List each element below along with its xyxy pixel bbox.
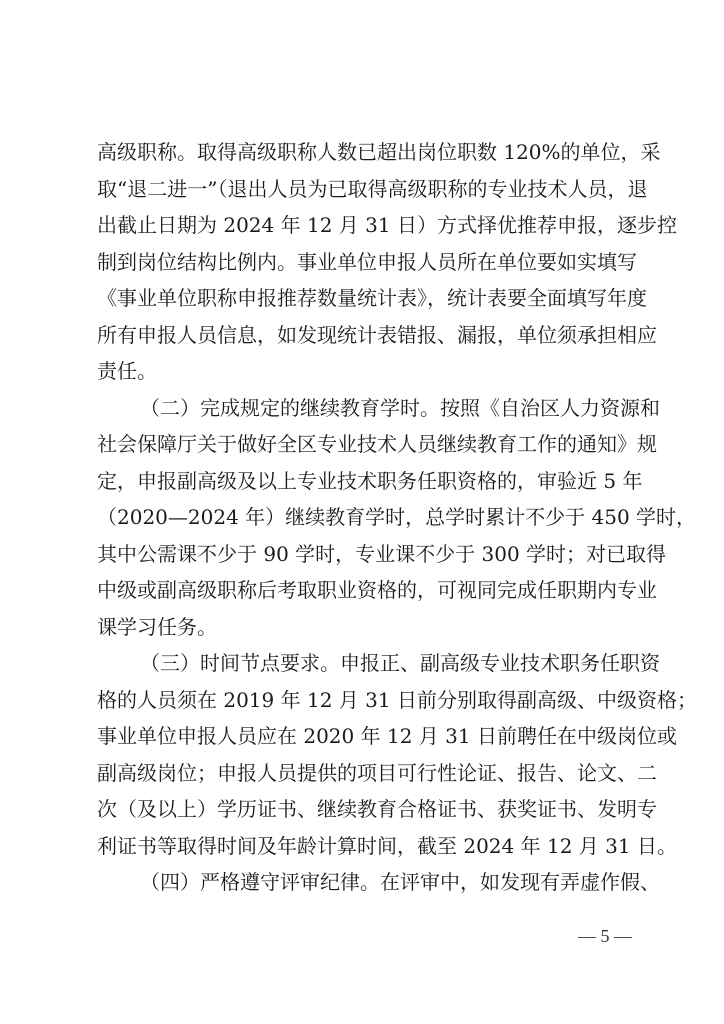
document-page: 高级职称。取得高级职称人数已超出岗位职数 120%的单位，采 取“退二进一”（退…: [0, 0, 724, 1024]
text-line: 副高级岗位；申报人员提供的项目可行性论证、报告、论文、二: [97, 755, 633, 792]
text-line: 定，申报副高级及以上专业技术职务任职资格的，审验近 5 年: [97, 463, 633, 500]
page-number: — 5 —: [565, 926, 645, 947]
section-heading-line: （二）完成规定的继续教育学时。按照《自治区人力资源和: [97, 390, 633, 427]
text-line: 《事业单位职称申报推荐数量统计表》，统计表要全面填写年度: [97, 280, 633, 317]
text-line: 社会保障厅关于做好全区专业技术人员继续教育工作的通知》规: [97, 426, 633, 463]
text-line: 出截止日期为 2024 年 12 月 31 日）方式择优推荐申报，逐步控: [97, 207, 633, 244]
text-line: 责任。: [97, 353, 633, 390]
text-line: 其中公需课不少于 90 学时，专业课不少于 300 学时；对已取得: [97, 536, 633, 573]
section-heading-line: （三）时间节点要求。申报正、副高级专业技术职务任职资: [97, 645, 633, 682]
section-heading-3: （三）时间节点要求。: [140, 651, 340, 675]
text-span: 在评审中，如发现有弄虚作假、: [380, 870, 660, 894]
text-line: 所有申报人员信息，如发现统计表错报、漏报，单位须承担相应: [97, 317, 633, 354]
text-line: 利证书等取得时间及年龄计算时间，截至 2024 年 12 月 31 日。: [97, 828, 633, 865]
section-heading-line: （四）严格遵守评审纪律。在评审中，如发现有弄虚作假、: [97, 864, 633, 901]
text-line: 中级或副高级职称后考取职业资格的，可视同完成任职期内专业: [97, 572, 633, 609]
text-span: 按照《自治区人力资源和: [440, 396, 660, 420]
body-text: 高级职称。取得高级职称人数已超出岗位职数 120%的单位，采 取“退二进一”（退…: [97, 134, 633, 901]
section-heading-4: （四）严格遵守评审纪律。: [140, 870, 380, 894]
text-line: 格的人员须在 2019 年 12 月 31 日前分别取得副高级、中级资格；: [97, 682, 633, 719]
text-line: 次（及以上）学历证书、继续教育合格证书、获奖证书、发明专: [97, 791, 633, 828]
text-line: 取“退二进一”（退出人员为已取得高级职称的专业技术人员，退: [97, 171, 633, 208]
text-line: 高级职称。取得高级职称人数已超出岗位职数 120%的单位，采: [97, 134, 633, 171]
section-heading-2: （二）完成规定的继续教育学时。: [140, 396, 440, 420]
text-line: （2020—2024 年）继续教育学时，总学时累计不少于 450 学时，: [97, 499, 633, 536]
text-span: 申报正、副高级专业技术职务任职资: [340, 651, 660, 675]
text-line: 课学习任务。: [97, 609, 633, 646]
text-line: 制到岗位结构比例内。事业单位申报人员所在单位要如实填写: [97, 244, 633, 281]
text-line: 事业单位申报人员应在 2020 年 12 月 31 日前聘任在中级岗位或: [97, 718, 633, 755]
